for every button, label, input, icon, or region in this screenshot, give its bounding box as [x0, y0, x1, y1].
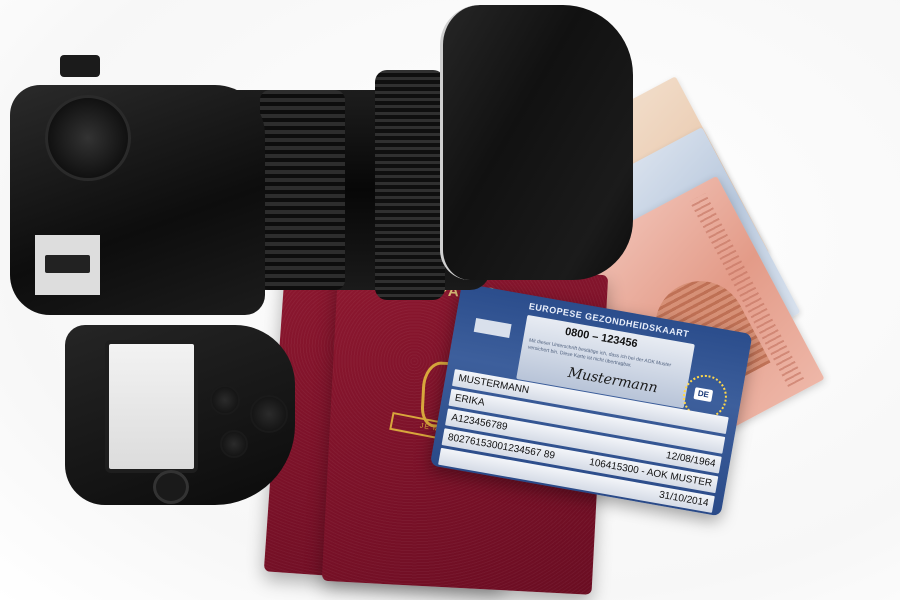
strap-lug	[153, 470, 189, 504]
lcd-screen	[105, 340, 198, 473]
multi-selector	[250, 395, 288, 433]
camera-body	[5, 55, 305, 495]
photo-scene: PASP PASPO JE MAINTIENDRAI EUROPESE GEZO…	[0, 0, 900, 600]
given-name: ERIKA	[453, 390, 486, 412]
card-chip	[474, 318, 512, 338]
mode-dial-icon	[45, 95, 131, 181]
camera-button	[210, 385, 240, 415]
focus-ring	[375, 70, 445, 300]
mode-knob	[60, 55, 100, 77]
hot-shoe	[35, 235, 100, 295]
country-code: DE	[693, 387, 713, 402]
lens-hood	[440, 5, 633, 280]
camera-button	[220, 430, 248, 458]
